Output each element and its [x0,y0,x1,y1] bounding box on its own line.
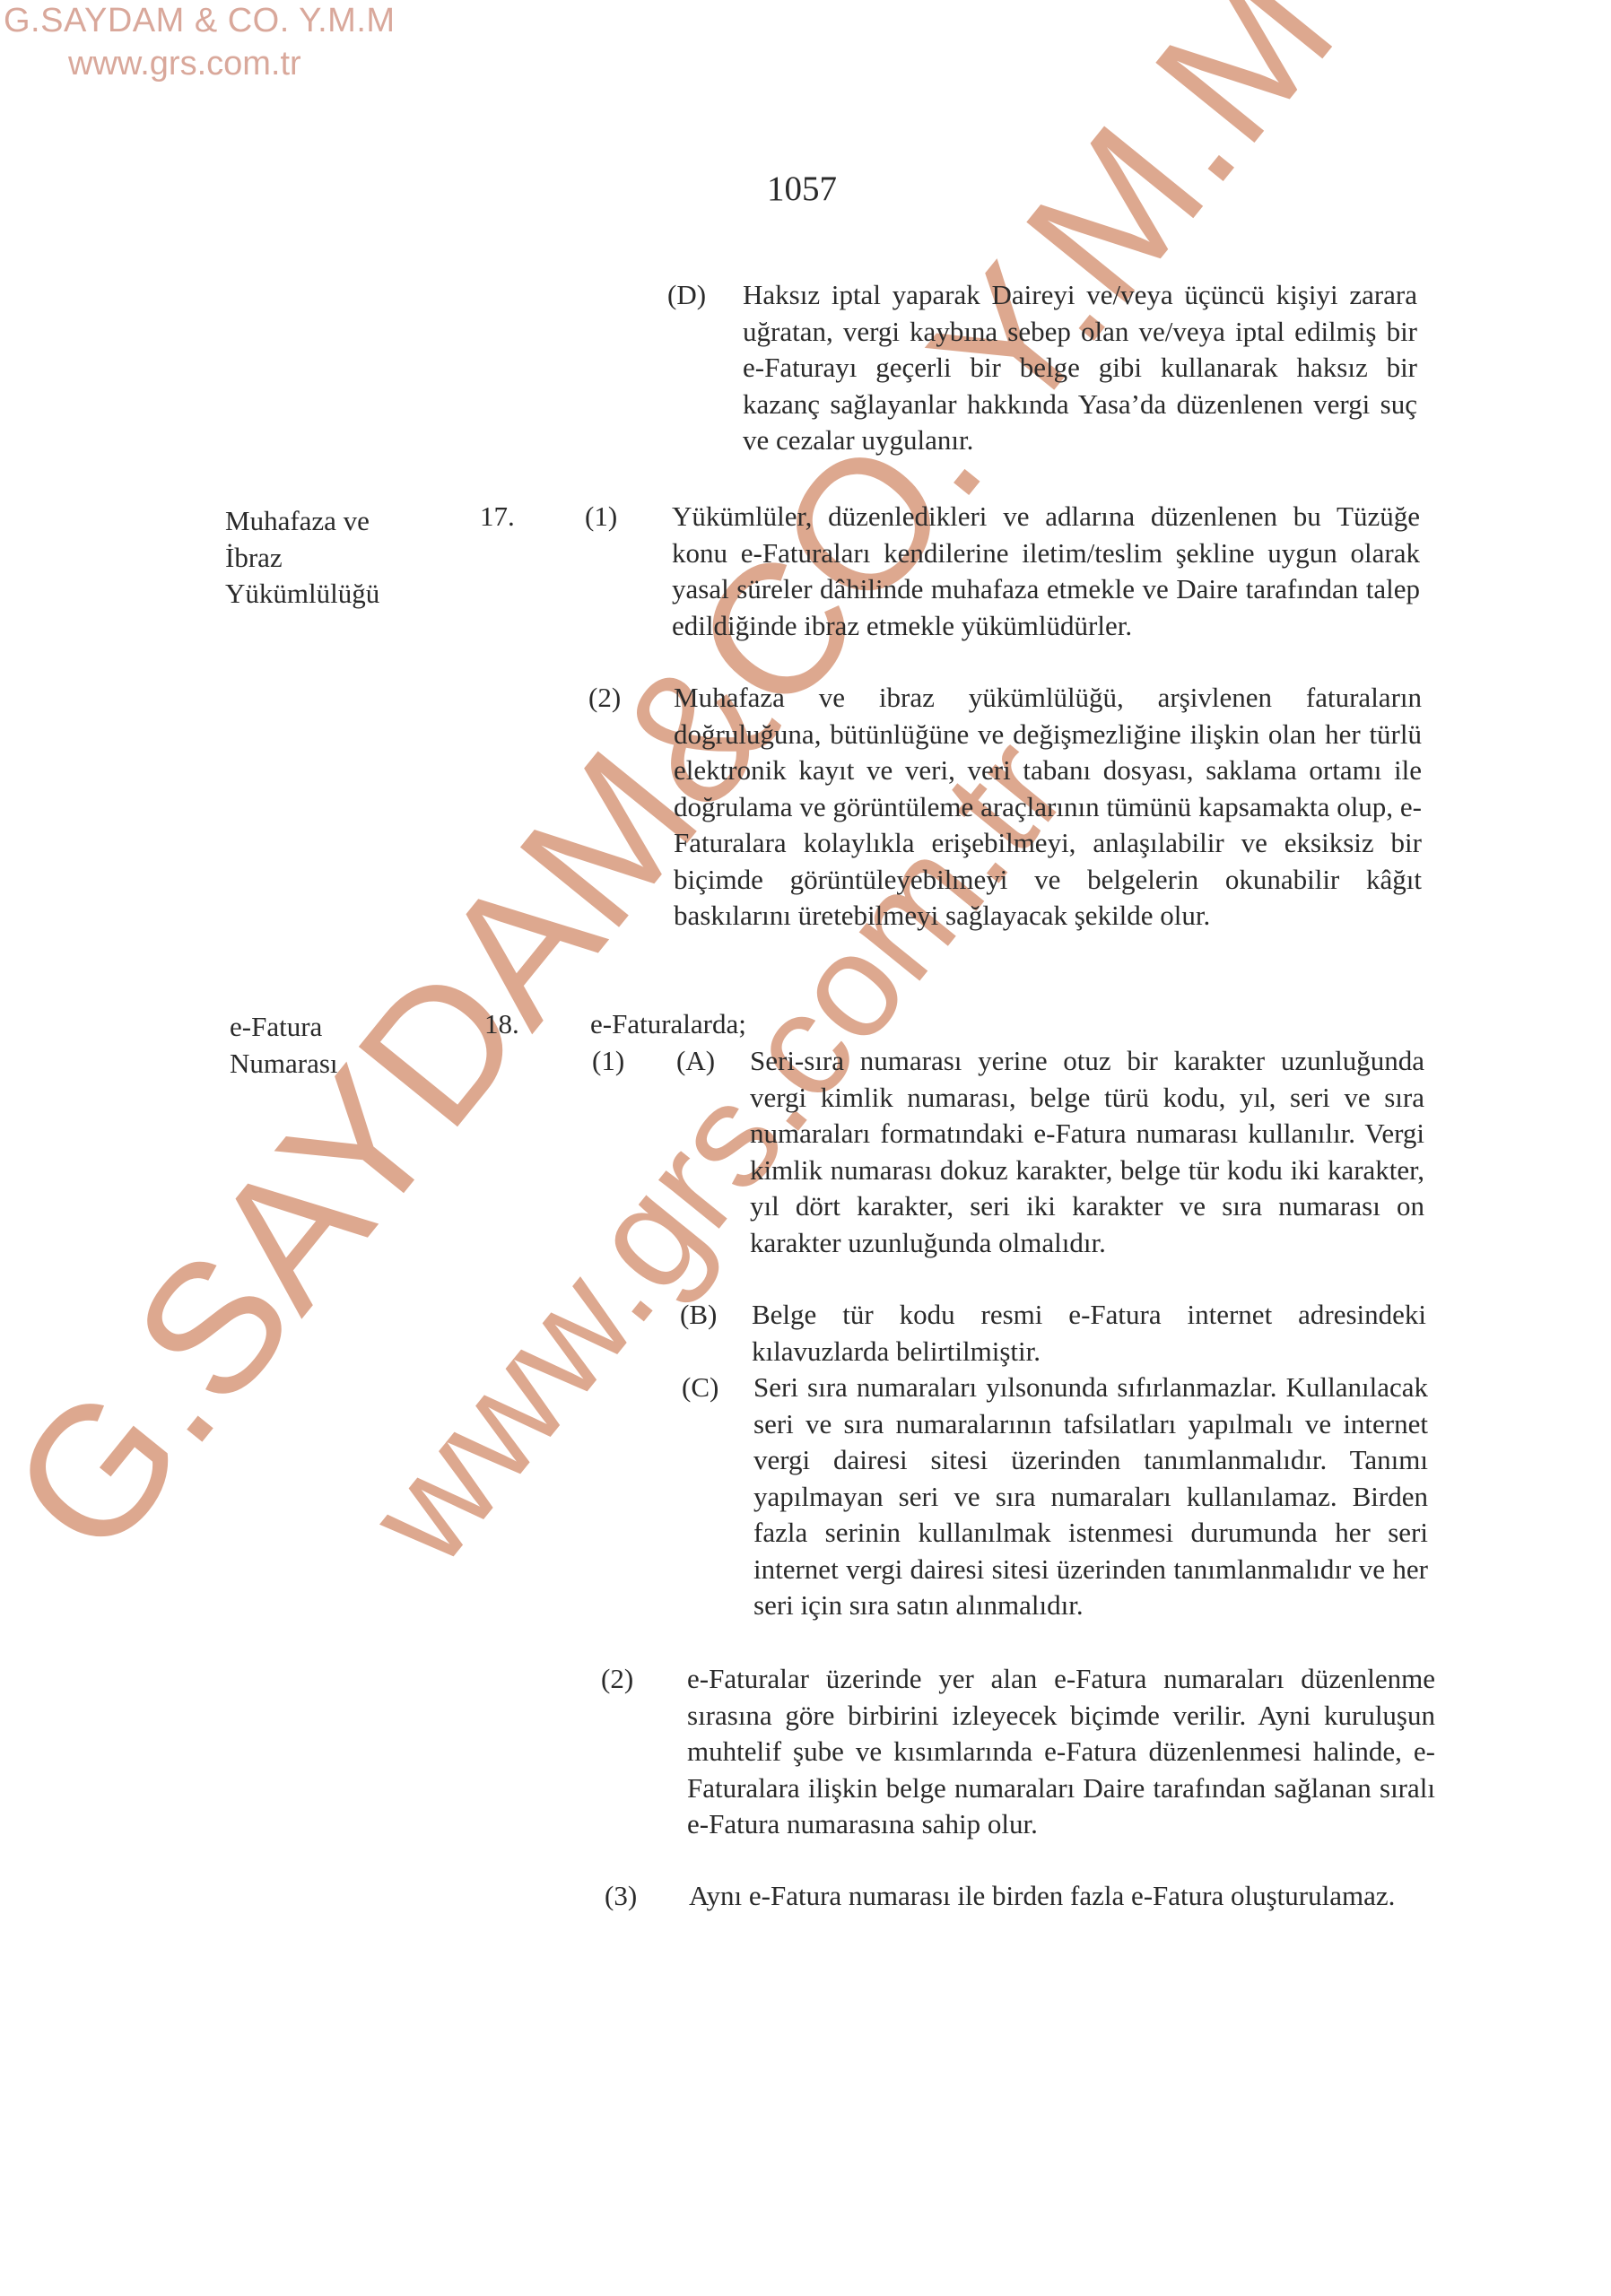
article-17-number: 17. [480,499,515,535]
article-17-side-title: Muhafaza ve İbraz Yükümlülüğü [225,503,379,613]
article-17-para-2-text: Muhafaza ve ibraz yükümlülüğü, arşivlene… [674,680,1422,935]
article-18-para-2-text: e-Faturalar üzerinde yer alan e-Fatura n… [687,1661,1435,1843]
side-title-line: Numarası [230,1046,338,1083]
article-18-item-b-text: Belge tür kodu resmi e-Fatura internet a… [752,1297,1426,1370]
side-title-line: İbraz [225,540,379,577]
article-18-item-a-label: (A) [676,1043,715,1080]
side-title-line: Yükümlülüğü [225,576,379,613]
article-17-para-1-label: (1) [585,499,617,535]
article-18-item-b-label: (B) [680,1297,717,1334]
article-18-para-3-label: (3) [605,1878,637,1915]
article-18-para-2-label: (2) [601,1661,633,1698]
section-d-label: (D) [667,277,706,314]
article-18-item-c-label: (C) [682,1370,718,1406]
article-18-side-title: e-Fatura Numarası [230,1009,338,1082]
article-17-para-1-text: Yükümlüler, düzenledikleri ve adlarına d… [672,499,1420,644]
article-18-para-3-text: Aynı e-Fatura numarası ile birden fazla … [689,1878,1437,1915]
side-title-line: e-Fatura [230,1009,338,1046]
section-d-text: Haksız iptal yaparak Daireyi ve/veya üçü… [743,277,1417,459]
article-18-para-1-label: (1) [592,1043,624,1080]
document-body: 1057 (D) Haksız iptal yaparak Daireyi ve… [0,0,1611,2296]
article-18-item-a-text: Seri-sıra numarası yerine otuz bir karak… [750,1043,1424,1261]
article-18-number: 18. [484,1006,519,1043]
article-17-para-2-label: (2) [588,680,621,717]
page-number: 1057 [767,169,837,209]
side-title-line: Muhafaza ve [225,503,379,540]
article-18-item-c-text: Seri sıra numaraları yılsonunda sıfırlan… [753,1370,1428,1624]
article-18-intro: e-Faturalarda; [590,1006,746,1043]
